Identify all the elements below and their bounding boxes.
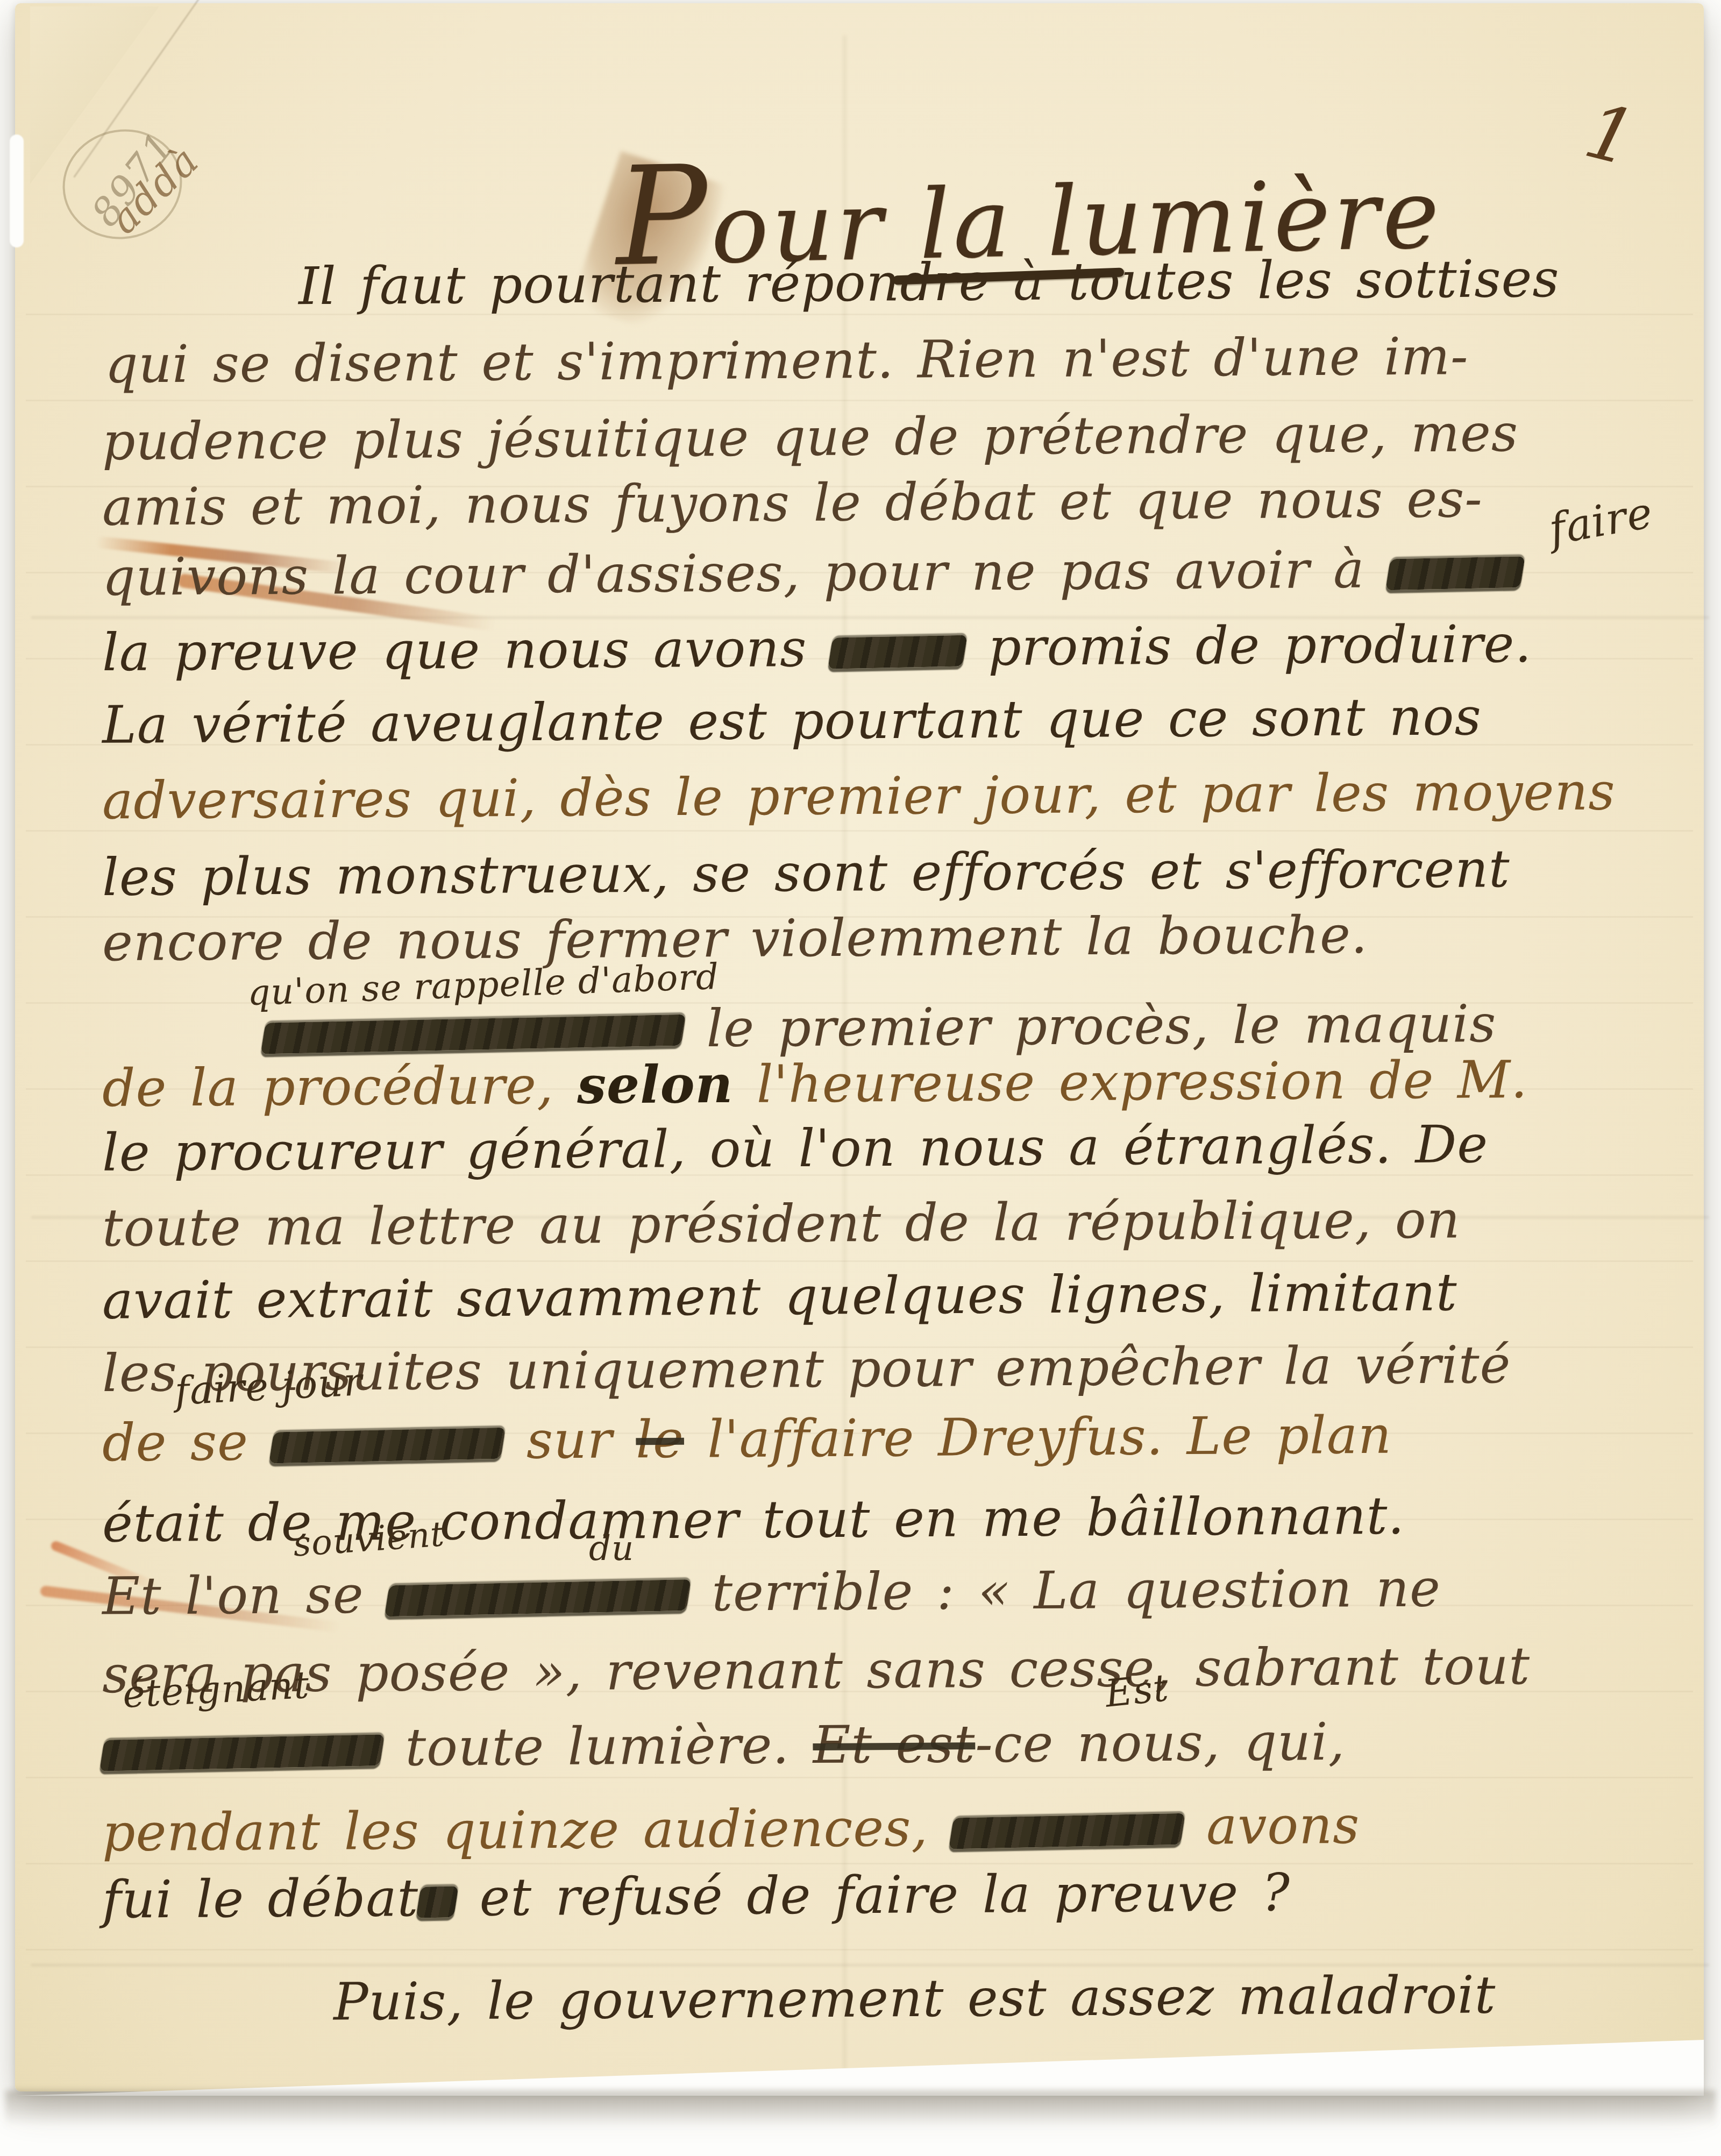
text-segment: encore de nous fermer violemment la bouc…	[102, 905, 1368, 973]
interline-insertion: faire jour	[174, 1359, 364, 1414]
text-segment: pudence plus jésuitique que de prétendre…	[102, 403, 1519, 472]
manuscript-line: quivons la cour d'assises, pour ne pas a…	[102, 539, 1523, 607]
text-segment: fui le débat	[102, 1868, 419, 1930]
text-segment: avait extrait savamment quelques lignes,…	[102, 1262, 1457, 1330]
text-segment: Puis, le gouvernement est assez maladroi…	[333, 1964, 1496, 2032]
text-segment: l'affaire Dreyfus. Le plan	[684, 1405, 1392, 1470]
ink-blot	[99, 1734, 385, 1771]
manuscript-line: Il faut pourtant répondre à toutes les s…	[298, 249, 1560, 316]
text-segment: quivons la cour d'assises, pour ne pas a…	[102, 539, 1388, 607]
struck-text: le	[636, 1409, 684, 1470]
text-segment: et refusé de faire la preuve ?	[456, 1862, 1291, 1927]
manuscript-line: toute ma lettre au président de la répub…	[102, 1190, 1461, 1258]
text-segment: terrible : « La question ne	[688, 1558, 1441, 1623]
text-segment: le premier procès, le maquis	[683, 994, 1497, 1059]
interline-insertion: Est	[1103, 1665, 1171, 1716]
text-segment: amis et moi, nous fuyons le débat et que…	[102, 469, 1483, 537]
interline-insertion: du	[589, 1529, 634, 1569]
manuscript-line: toute lumière. Et est-ce nous, qui,	[102, 1712, 1346, 1779]
manuscript-line: adversaires qui, dès le premier jour, et…	[102, 762, 1616, 831]
manuscript-line: encore de nous fermer violemment la bouc…	[102, 905, 1368, 973]
paper-shadow	[5, 2090, 1716, 2133]
manuscript-line: La vérité aveuglante est pourtant que ce…	[102, 687, 1482, 755]
manuscript-line: pudence plus jésuitique que de prétendre…	[102, 403, 1519, 471]
text-segment: -ce nous, qui,	[975, 1712, 1345, 1774]
text-segment: qui se disent et s'impriment. Rien n'est…	[105, 326, 1469, 394]
text-layer: addà 1 Pour la lumière Il faut pourtant …	[0, 0, 1721, 2156]
corner-annotation: addà	[101, 137, 208, 243]
text-segment: adversaires qui, dès le premier jour, et…	[102, 761, 1616, 831]
manuscript-line: Puis, le gouvernement est assez maladroi…	[333, 1965, 1496, 2032]
text-segment: avons	[1183, 1795, 1360, 1856]
text-segment: toute lumière.	[382, 1715, 813, 1778]
page-number: 1	[1577, 87, 1645, 184]
manuscript-line: Et l'on se terrible : « La question ne	[102, 1558, 1441, 1626]
struck-text: Et est	[813, 1714, 976, 1775]
interline-insertion: faire	[1545, 487, 1656, 555]
manuscript-line: de se sur le l'affaire Dreyfus. Le plan	[102, 1406, 1392, 1473]
manuscript-line: amis et moi, nous fuyons le débat et que…	[102, 469, 1483, 537]
ink-blot	[1385, 556, 1525, 590]
ink-blot	[828, 635, 968, 669]
manuscript-line: de la procédure, selon l'heureuse expres…	[102, 1050, 1528, 1118]
text-segment: pendant les quinze audiences,	[102, 1797, 952, 1863]
manuscript-line: avait extrait savamment quelques lignes,…	[102, 1263, 1457, 1330]
ink-blot	[385, 1579, 691, 1616]
text-segment: Et l'on se	[102, 1564, 388, 1626]
text-segment: l'heureuse expression de M.	[733, 1049, 1528, 1115]
text-segment: le procureur général, où l'on nous a étr…	[102, 1114, 1489, 1183]
manuscript-line: le procureur général, où l'on nous a étr…	[102, 1115, 1489, 1182]
ink-blot	[949, 1813, 1186, 1849]
text-segment: Il faut pourtant répondre à toutes les s…	[298, 249, 1560, 316]
text-segment: la preuve que nous avons	[102, 618, 830, 683]
text-segment: toute ma lettre au président de la répub…	[102, 1189, 1461, 1258]
manuscript-line: la preuve que nous avons promis de produ…	[102, 614, 1532, 683]
text-segment: les plus monstrueux, se sont efforcés et…	[102, 839, 1510, 907]
text-segment: promis de produire.	[964, 614, 1532, 677]
manuscript-line: qui se disent et s'impriment. Rien n'est…	[105, 327, 1469, 394]
text-segment: sur	[503, 1409, 636, 1471]
manuscript-photo: { "document": { "title": "Pour la lumièr…	[0, 0, 1721, 2156]
overwritten-text: selon	[577, 1054, 734, 1116]
manuscript-line: pendant les quinze audiences, avons	[102, 1796, 1360, 1863]
text-segment: sera pas posée », revenant sans cesse, s…	[102, 1636, 1531, 1705]
manuscript-line: sera pas posée », revenant sans cesse, s…	[102, 1636, 1531, 1705]
text-segment: de la procédure,	[102, 1055, 578, 1118]
manuscript-line: fui le débat et refusé de faire la preuv…	[102, 1863, 1291, 1930]
ink-blot	[261, 1015, 686, 1054]
interline-insertion: éteignant	[122, 1663, 310, 1717]
text-segment: de se	[102, 1412, 272, 1473]
manuscript-line: les plus monstrueux, se sont efforcés et…	[102, 839, 1510, 907]
ink-blot	[416, 1886, 459, 1918]
ink-blot	[269, 1428, 506, 1463]
text-segment: La vérité aveuglante est pourtant que ce…	[102, 686, 1482, 755]
